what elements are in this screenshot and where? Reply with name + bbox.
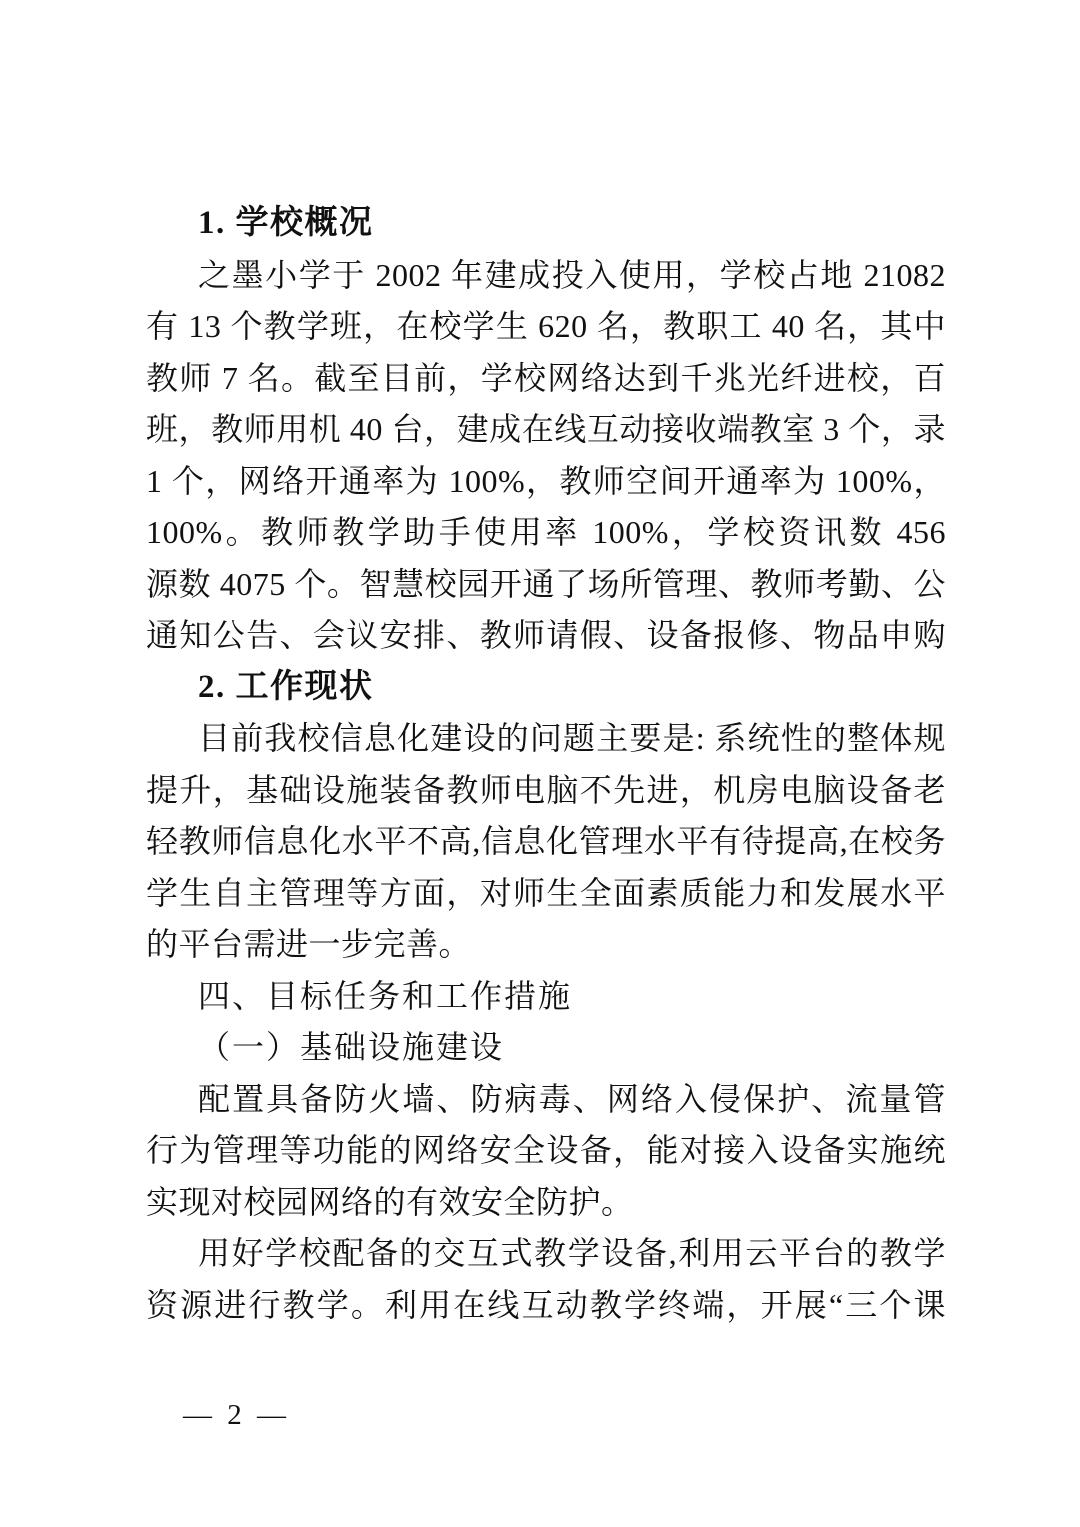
text-line: 用好学校配备的交互式教学设备,利用云平台的教学软件与 <box>146 1228 946 1280</box>
text-line: 之墨小学于 2002 年建成投入使用，学校占地 21082 m²，现 <box>146 250 946 302</box>
text-line: 四、目标任务和工作措施 <box>146 971 946 1023</box>
text-line: 提升，基础设施装备教师电脑不先进，机房电脑设备老龄化，年 <box>146 765 946 817</box>
text-line: 目前我校信息化建设的问题主要是: 系统性的整体规划有待 <box>146 713 946 765</box>
document-body: 1. 学校概况之墨小学于 2002 年建成投入使用，学校占地 21082 m²，… <box>146 198 946 1331</box>
text-line: 100%。教师教学助手使用率 100%，学校资讯数 456 个，校本资 <box>146 507 946 559</box>
text-line: 学生自主管理等方面，对师生全面素质能力和发展水平方面考核 <box>146 868 946 920</box>
text-line: 配置具备防火墙、防病毒、网络入侵保护、流量管理、上网 <box>146 1074 946 1126</box>
text-line: 轻教师信息化水平不高,信息化管理水平有待提高,在校务管理、 <box>146 816 946 868</box>
text-line: 班，教师用机 40 台，建成在线互动接收端教室 3 个，录播教室 <box>146 404 946 456</box>
text-line: 教师 7 名。截至目前，学校网络达到千兆光纤进校，百兆光纤进 <box>146 353 946 405</box>
page-number: — 2 — <box>183 1399 290 1432</box>
text-line: 资源进行教学。利用在线互动教学终端，开展“三个课堂”教学 <box>146 1280 946 1332</box>
text-line: 通知公告、会议安排、教师请假、设备报修、物品申购等应用。 <box>146 610 946 662</box>
text-line: 实现对校园网络的有效安全防护。 <box>146 1177 946 1229</box>
text-line: 的平台需进一步完善。 <box>146 919 946 971</box>
text-line: 行为管理等功能的网络安全设备，能对接入设备实施统一监管， <box>146 1125 946 1177</box>
document-page: 1. 学校概况之墨小学于 2002 年建成投入使用，学校占地 21082 m²，… <box>0 0 1080 1527</box>
text-line: （一）基础设施建设 <box>146 1022 946 1074</box>
text-line: 源数 4075 个。智慧校园开通了场所管理、教师考勤、公文流转、 <box>146 559 946 611</box>
text-line: 有 13 个教学班，在校学生 620 名，教职工 40 名，其中县级骨干 <box>146 301 946 353</box>
section-heading: 2. 工作现状 <box>146 662 946 714</box>
text-line: 1 个，网络开通率为 100%，教师空间开通率为 100%，活跃度为 <box>146 456 946 508</box>
section-heading: 1. 学校概况 <box>146 198 946 250</box>
